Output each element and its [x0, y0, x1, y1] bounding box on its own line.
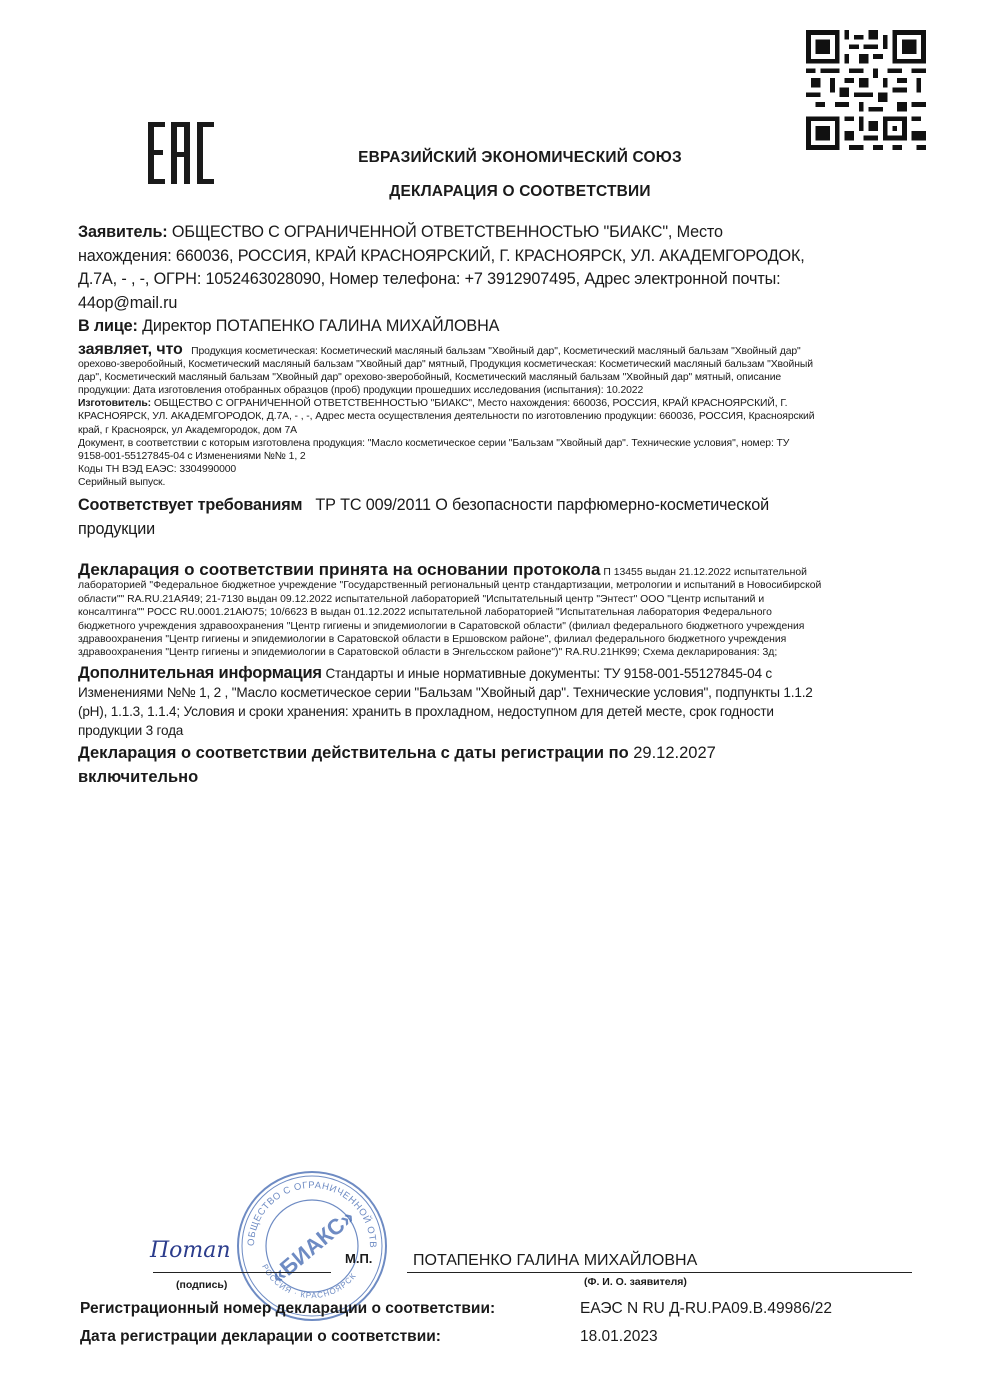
requirements-label: Соответствует требованиям [78, 496, 302, 514]
document-line: Документ, в соответствии с которым изгот… [78, 437, 938, 450]
manufacturer-line: КРАСНОЯРСК, УЛ. АКАДЕМГОРОДОК, Д.7А, - ,… [78, 410, 938, 423]
protocol-line: здравоохранения "Центр гигиены и эпидеми… [78, 633, 938, 646]
protocol-line: здравоохранения "Центр гигиены и эпидеми… [78, 646, 938, 659]
manufacturer-line: край, г Красноярск, ул Академгородок, до… [78, 424, 938, 437]
requirements-section: Соответствует требованиям ТР ТС 009/2011… [78, 494, 938, 541]
additional-line: продукции 3 года [78, 721, 938, 740]
manufacturer-label: Изготовитель: [78, 398, 151, 409]
registration-date-row: Дата регистрации декларации о соответств… [80, 1325, 441, 1349]
protocol-label: Декларация о соответствии принята на осн… [78, 560, 600, 579]
seal-place-label: М.П. [345, 1251, 372, 1266]
additional-label: Дополнительная информация [78, 664, 322, 682]
applicant-label: Заявитель: [78, 223, 168, 241]
applicant-section: Заявитель: ОБЩЕСТВО С ОГРАНИЧЕННОЙ ОТВЕТ… [78, 221, 938, 339]
product-line: дар", Косметический масляный бальзам "Хв… [78, 371, 938, 384]
validity-section: Декларация о соответствии действительна … [78, 741, 938, 789]
applicant-line: нахождения: 660036, РОССИЯ, КРАЙ КРАСНОЯ… [78, 245, 938, 269]
requirements-value: ТР ТС 009/2011 О безопасности парфюмерно… [315, 496, 769, 514]
protocol-line: лабораторией "Федеральное бюджетное учре… [78, 579, 938, 592]
applicant-line: ОБЩЕСТВО С ОГРАНИЧЕННОЙ ОТВЕТСТВЕННОСТЬЮ… [172, 223, 723, 241]
additional-line: Изменениями №№ 1, 2 , "Масло косметическ… [78, 683, 938, 702]
name-line [407, 1272, 912, 1273]
additional-section: Дополнительная информация Стандарты и ин… [78, 664, 938, 740]
applicant-line: Д.7А, - , -, ОГРН: 1052463028090, Номер … [78, 268, 938, 292]
serial-release: Серийный выпуск. [78, 476, 938, 489]
qr-code [806, 30, 926, 150]
applicant-name: ПОТАПЕНКО ГАЛИНА МИХАЙЛОВНА [413, 1252, 697, 1270]
declares-label: заявляет, что [78, 341, 183, 358]
requirements-value-cont: продукции [78, 518, 938, 542]
person-value: Директор ПОТАПЕНКО ГАЛИНА МИХАЙЛОВНА [142, 317, 499, 335]
signature-line [153, 1272, 331, 1273]
additional-line: Стандарты и иные нормативные документы: … [325, 666, 772, 681]
applicant-email: 44op@mail.ru [78, 292, 938, 316]
signature-caption: (подпись) [176, 1279, 227, 1291]
name-caption: (Ф. И. О. заявителя) [584, 1276, 687, 1288]
registration-date-label: Дата регистрации декларации о соответств… [80, 1328, 441, 1345]
additional-line: (pH), 1.1.3, 1.1.4; Условия и сроки хран… [78, 702, 938, 721]
document-line: 9158-001-55127845-04 с Изменениями №№ 1,… [78, 450, 938, 463]
product-line: орехово-зверобойный, Косметический масля… [78, 358, 938, 371]
validity-date: 29.12.2027 [633, 744, 716, 762]
protocol-line: консалтинга"" РОСС RU.0001.21АЮ75; 10/66… [78, 606, 938, 619]
registration-date: 18.01.2023 [580, 1325, 658, 1349]
protocol-line: бюджетного учреждения здравоохранения "Ц… [78, 620, 938, 633]
validity-inclusive: включительно [78, 768, 198, 786]
protocol-line: П 13455 выдан 21.12.2022 испытательной [603, 567, 807, 578]
stamp-center-text: «БИАКС» [266, 1204, 359, 1288]
document-title: ДЕКЛАРАЦИЯ О СООТВЕТСТВИИ [0, 183, 1000, 201]
registration-number: ЕАЭС N RU Д-RU.РА09.В.49986/22 [580, 1297, 832, 1321]
union-heading: ЕВРАЗИЙСКИЙ ЭКОНОМИЧЕСКИЙ СОЮЗ [0, 149, 1000, 167]
protocol-section: Декларация о соответствии принята на осн… [78, 563, 938, 660]
validity-label: Декларация о соответствии действительна … [78, 744, 629, 762]
signature-scribble: Потап [150, 1238, 231, 1263]
registration-number-row: Регистрационный номер декларации о соотв… [80, 1297, 495, 1321]
product-line: продукции: Дата изготовления отобранных … [78, 384, 938, 397]
registration-number-label: Регистрационный номер декларации о соотв… [80, 1300, 495, 1317]
person-label: В лице: [78, 317, 138, 335]
declares-section: заявляет, что Продукция косметическая: К… [78, 343, 938, 489]
product-line: Продукция косметическая: Косметический м… [191, 346, 801, 357]
customs-codes: Коды ТН ВЭД ЕАЭС: 3304990000 [78, 463, 938, 476]
protocol-line: области"" RA.RU.21АЯ49; 21-7130 выдан 09… [78, 593, 938, 606]
manufacturer-line: ОБЩЕСТВО С ОГРАНИЧЕННОЙ ОТВЕТСТВЕННОСТЬЮ… [154, 398, 788, 409]
